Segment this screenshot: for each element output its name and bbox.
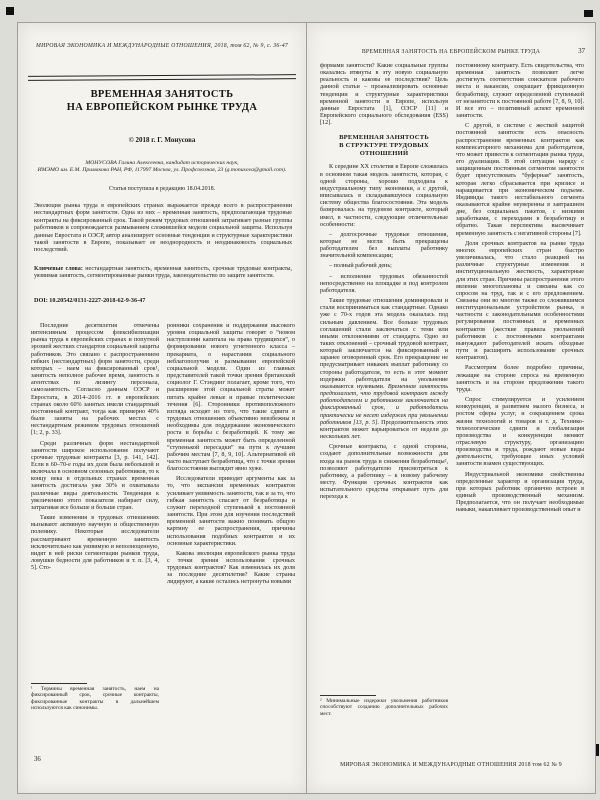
copyright-author-line: © 2018 г. Г. Монусова (18, 136, 306, 144)
journal-footer-line: МИРОВАЯ ЭКОНОМИКА И МЕЖДУНАРОДНЫЕ ОТНОШЕ… (307, 762, 595, 768)
keywords-label: Ключевые слова: (34, 266, 83, 272)
article-title: ВРЕМЕННАЯ ЗАНЯТОСТЬ НА ЕВРОПЕЙСКОМ РЫНКЕ… (18, 89, 306, 114)
body-paragraph: С другой, в системе с жесткой защитой по… (456, 123, 584, 238)
list-item-dash: – полный рабочий день; (320, 263, 448, 270)
page-number-right: 37 (578, 48, 585, 55)
body-paragraph: Рассмотрим более подробно причины, лежащ… (456, 365, 584, 394)
body-paragraph: Какова эволюция европейского рынка труда… (167, 551, 295, 587)
body-paragraph: Такие трудовые отношения доминировали и … (320, 298, 448, 441)
article-title-line2: НА ЕВРОПЕЙСКОМ РЫНКЕ ТРУДА (18, 102, 306, 115)
doi-line: DOI: 10.20542/0131-2227-2018-62-9-36-47 (34, 297, 145, 304)
body-paragraph: Срочные контракты, с одной стороны, созд… (320, 444, 448, 501)
footnote-1-text: ¹ Термины временная занятость, наем на ф… (31, 686, 159, 712)
scan-corner-mark-top-left (6, 7, 14, 15)
left-page-column-2: ронники сохранения и поддержания высоког… (167, 323, 295, 747)
body-paragraph: ронники сохранения и поддержания высоког… (167, 323, 295, 473)
body-paragraph: постоянному контракту. Есть свидетельств… (456, 63, 584, 120)
body-paragraph: Индустриальной экономике свойственны опр… (456, 472, 584, 515)
author-affiliation: МОНУСОВА Галина Алексеевна, кандидат ист… (32, 160, 292, 174)
page-number-left: 36 (34, 756, 41, 763)
body-paragraph: Такие изменения в трудовых отношениях вы… (31, 515, 159, 572)
keywords-block: Ключевые слова: нестандартная занятость,… (34, 266, 292, 281)
title-rule (28, 74, 296, 81)
right-page-column-1: формами занятости? Какие социальные груп… (320, 63, 448, 689)
footnote-2: ² Минимальные издержки увольнения работн… (320, 695, 448, 717)
scanned-journal-spread: { "left_page": { "running_head": "МИРОВА… (0, 0, 600, 800)
body-paragraph: К середине XX столетия в Европе сложилас… (320, 164, 448, 228)
abstract-text: Эволюция рынка труда в европейских стран… (34, 203, 292, 255)
body-paragraph: Последние десятилетия отмечены интенсивн… (31, 323, 159, 438)
list-item-dash: – исполнение трудовых обязанностей непос… (320, 274, 448, 295)
footnote-2-text: ² Минимальные издержки увольнения работн… (320, 698, 448, 717)
running-head-right: ВРЕМЕННАЯ ЗАНЯТОСТЬ НА ЕВРОПЕЙСКОМ РЫНКЕ… (307, 49, 595, 55)
running-head-left: МИРОВАЯ ЭКОНОМИКА И МЕЖДУНАРОДНЫЕ ОТНОШЕ… (18, 43, 306, 49)
section-heading: ВРЕМЕННАЯ ЗАНЯТОСТЬ В СТРУКТУРЕ ТРУДОВЫХ… (322, 134, 446, 158)
footnote-rule (320, 695, 376, 696)
left-page-column-1: Последние десятилетия отмечены интенсивн… (31, 323, 159, 675)
footnote-1: ¹ Термины временная занятость, наем на ф… (31, 683, 159, 712)
paragraph-segment: Такие трудовые отношения доминировали и … (320, 298, 448, 390)
received-date-line: Статья поступила в редакцию 18.04.2018. (18, 186, 306, 192)
article-title-line1: ВРЕМЕННАЯ ЗАНЯТОСТЬ (18, 89, 306, 102)
body-paragraph: Доля срочных контрактов на рынке труда м… (456, 241, 584, 363)
body-paragraph: Спрос стимулируется и усилением конкурен… (456, 397, 584, 469)
journal-page-right: ВРЕМЕННАЯ ЗАНЯТОСТЬ НА ЕВРОПЕЙСКОМ РЫНКЕ… (306, 22, 596, 794)
body-paragraph: Исследователи приводят аргументы как за … (167, 476, 295, 548)
section-heading-line2: В СТРУКТУРЕ ТРУДОВЫХ ОТНОШЕНИЙ (322, 142, 446, 158)
affiliation-line2: ИМЭМО им. Е.М. Примакова РАН, РФ, 117997… (32, 167, 292, 174)
body-paragraph: Среди различных форм нестандартной занят… (31, 441, 159, 513)
right-page-column-2: постоянному контракту. Есть свидетельств… (456, 63, 584, 755)
journal-page-left: МИРОВАЯ ЭКОНОМИКА И МЕЖДУНАРОДНЫЕ ОТНОШЕ… (17, 22, 307, 794)
body-paragraph: формами занятости? Какие социальные груп… (320, 63, 448, 127)
list-item-dash: – долгосрочные трудовые отношения, котор… (320, 232, 448, 261)
scan-corner-mark-top-right (584, 10, 593, 17)
footnote-rule (31, 683, 87, 684)
section-heading-line1: ВРЕМЕННАЯ ЗАНЯТОСТЬ (322, 134, 446, 142)
